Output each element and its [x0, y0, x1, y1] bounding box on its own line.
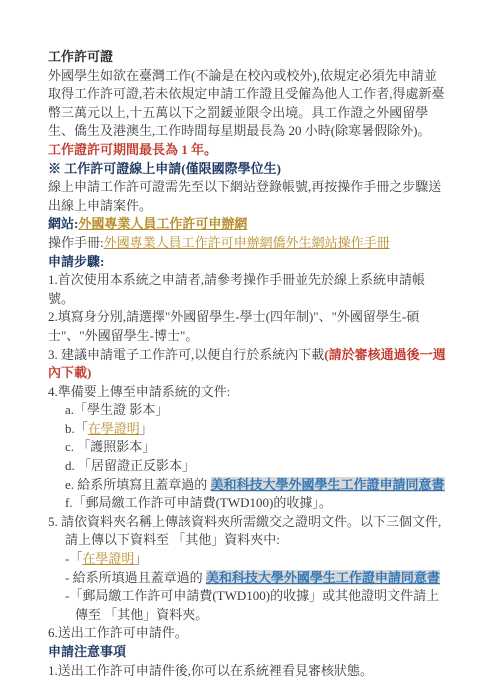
- intro-paragraph: 外國學生如欲在臺灣工作(不論是在校內或校外),依規定必須先申請並取得工作許可證,…: [48, 67, 448, 141]
- page-title: 工作許可證: [48, 48, 448, 67]
- upload-dash-item-2: - 給系所填過且蓋章過的 美和科技大學外國學生工作證申請同意書: [48, 569, 448, 588]
- document-page: 工作許可證 外國學生如欲在臺灣工作(不論是在校內或校外),依規定必須先申請並取得…: [0, 0, 495, 700]
- step-2: 2.填寫身分別,請選擇"外國留學生-學士(四年制)"、"外國留學生-碩士"、"外…: [48, 308, 448, 345]
- enrollment-certificate-link[interactable]: 在學證明: [88, 421, 140, 436]
- document-content: 工作許可證 外國學生如欲在臺灣工作(不論是在校內或校外),依規定必須先申請並取得…: [0, 0, 495, 680]
- online-apply-intro: 線上申請工作許可證需先至以下網站登錄帳號,再按操作手冊之步驟送出線上申請案件。: [48, 178, 448, 215]
- step-1: 1.首次使用本系統之申請者,請參考操作手冊並先於線上系統申請帳號。: [48, 271, 448, 308]
- step-6: 6.送出工作許可申請件。: [48, 624, 448, 643]
- validity-note: 工作證許可期間最長為 1 年。: [48, 141, 448, 160]
- website-line: 網站:外國專業人員工作許可申辦網: [48, 215, 448, 234]
- online-apply-heading: ※ 工作許可證線上申請(僅限國際學位生): [48, 160, 448, 179]
- document-item-f: f.「郵局繳工作許可申請費(TWD100)的收據」。: [48, 494, 448, 513]
- upload-dash-item-1: -「在學證明」: [48, 550, 448, 569]
- note-1: 1.送出工作許可申請件後,你可以在系統裡看見審核狀態。: [48, 662, 448, 681]
- document-item-d: d. 「居留證正反影本」: [48, 457, 448, 476]
- consent-form-link[interactable]: 美和科技大學外國學生工作證申請同意書: [211, 477, 445, 492]
- notes-heading: 申請注意事項: [48, 643, 448, 662]
- website-link[interactable]: 外國專業人員工作許可申辦網: [78, 216, 247, 231]
- website-label: 網站:: [48, 216, 78, 231]
- step-4: 4.準備要上傳至申請系統的文件:: [48, 383, 448, 402]
- enrollment-certificate-link-2[interactable]: 在學證明: [82, 551, 134, 566]
- document-item-c: c. 「護照影本」: [48, 438, 448, 457]
- manual-label: 操作手冊:: [48, 235, 104, 250]
- upload-dash-item-3: -「郵局繳工作許可申請費(TWD100)的收據」或其他證明文件請上傳至 「其他」…: [48, 587, 448, 624]
- item-e-prefix: e. 給系所填寫且蓋章過的: [65, 477, 211, 492]
- item-b-suffix: 」: [140, 421, 153, 436]
- dash-1-suffix: 」: [134, 551, 147, 566]
- dash-2-prefix: - 給系所填過且蓋章過的: [65, 570, 206, 585]
- dash-1-prefix: -「: [65, 551, 82, 566]
- step-3: 3. 建議申請電子工作許可,以便自行於系統內下載(請於審核通過後一週內下載): [48, 346, 448, 383]
- step-5: 5. 請依資料夾名稱上傳該資料夾所需繳交之證明文件。以下三個文件,請上傳以下資料…: [48, 513, 448, 550]
- manual-link[interactable]: 外國專業人員工作許可申辦網僑外生網站操作手冊: [104, 235, 390, 250]
- steps-heading: 申請步驟:: [48, 253, 448, 272]
- item-b-prefix: b.「: [65, 421, 88, 436]
- consent-form-link-2[interactable]: 美和科技大學外國學生工作證申請同意書: [206, 570, 440, 585]
- document-item-e: e. 給系所填寫且蓋章過的 美和科技大學外國學生工作證申請同意書: [48, 476, 448, 495]
- manual-line: 操作手冊:外國專業人員工作許可申辦網僑外生網站操作手冊: [48, 234, 448, 253]
- step-3-text: 3. 建議申請電子工作許可,以便自行於系統內下載: [48, 347, 324, 362]
- document-item-a: a.「學生證 影本」: [48, 401, 448, 420]
- document-item-b: b.「在學證明」: [48, 420, 448, 439]
